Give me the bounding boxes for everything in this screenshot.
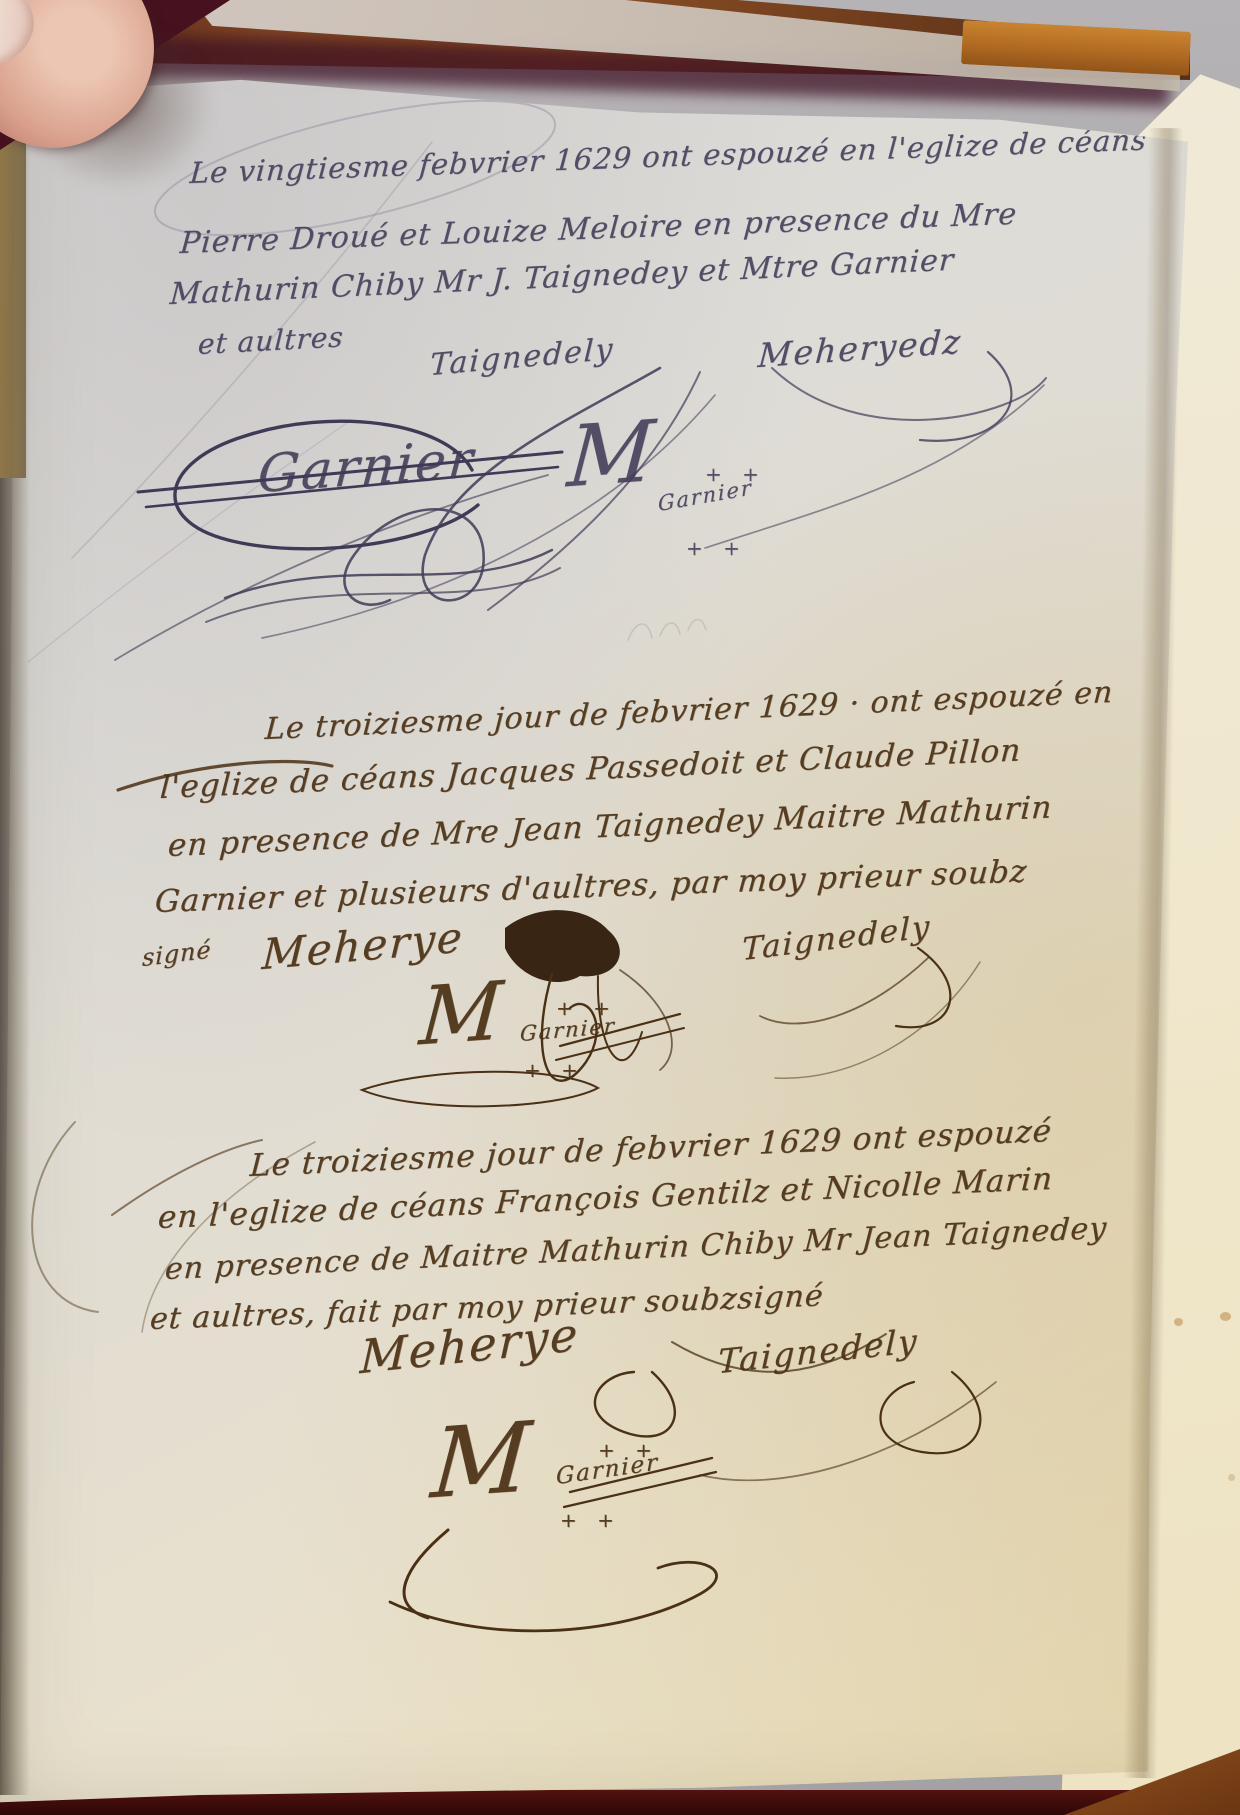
thumbnail xyxy=(0,0,47,81)
manuscript-page: Le vingtiesme febvrier 1629 ont espouzé … xyxy=(0,0,1240,1815)
ink-flourishes-layer xyxy=(0,0,1240,1815)
entry1-ink-flourishes xyxy=(115,352,1046,660)
parish-register-photo: Le vingtiesme febvrier 1629 ont espouzé … xyxy=(0,0,1240,1815)
entry3-ink-flourishes xyxy=(32,1122,996,1631)
foxing-spot xyxy=(1228,1474,1235,1481)
ink-blot xyxy=(505,910,620,982)
foxing-spot xyxy=(1174,1318,1183,1326)
foxing-spot xyxy=(1220,1312,1231,1321)
entry2-ink-flourishes xyxy=(118,761,980,1106)
